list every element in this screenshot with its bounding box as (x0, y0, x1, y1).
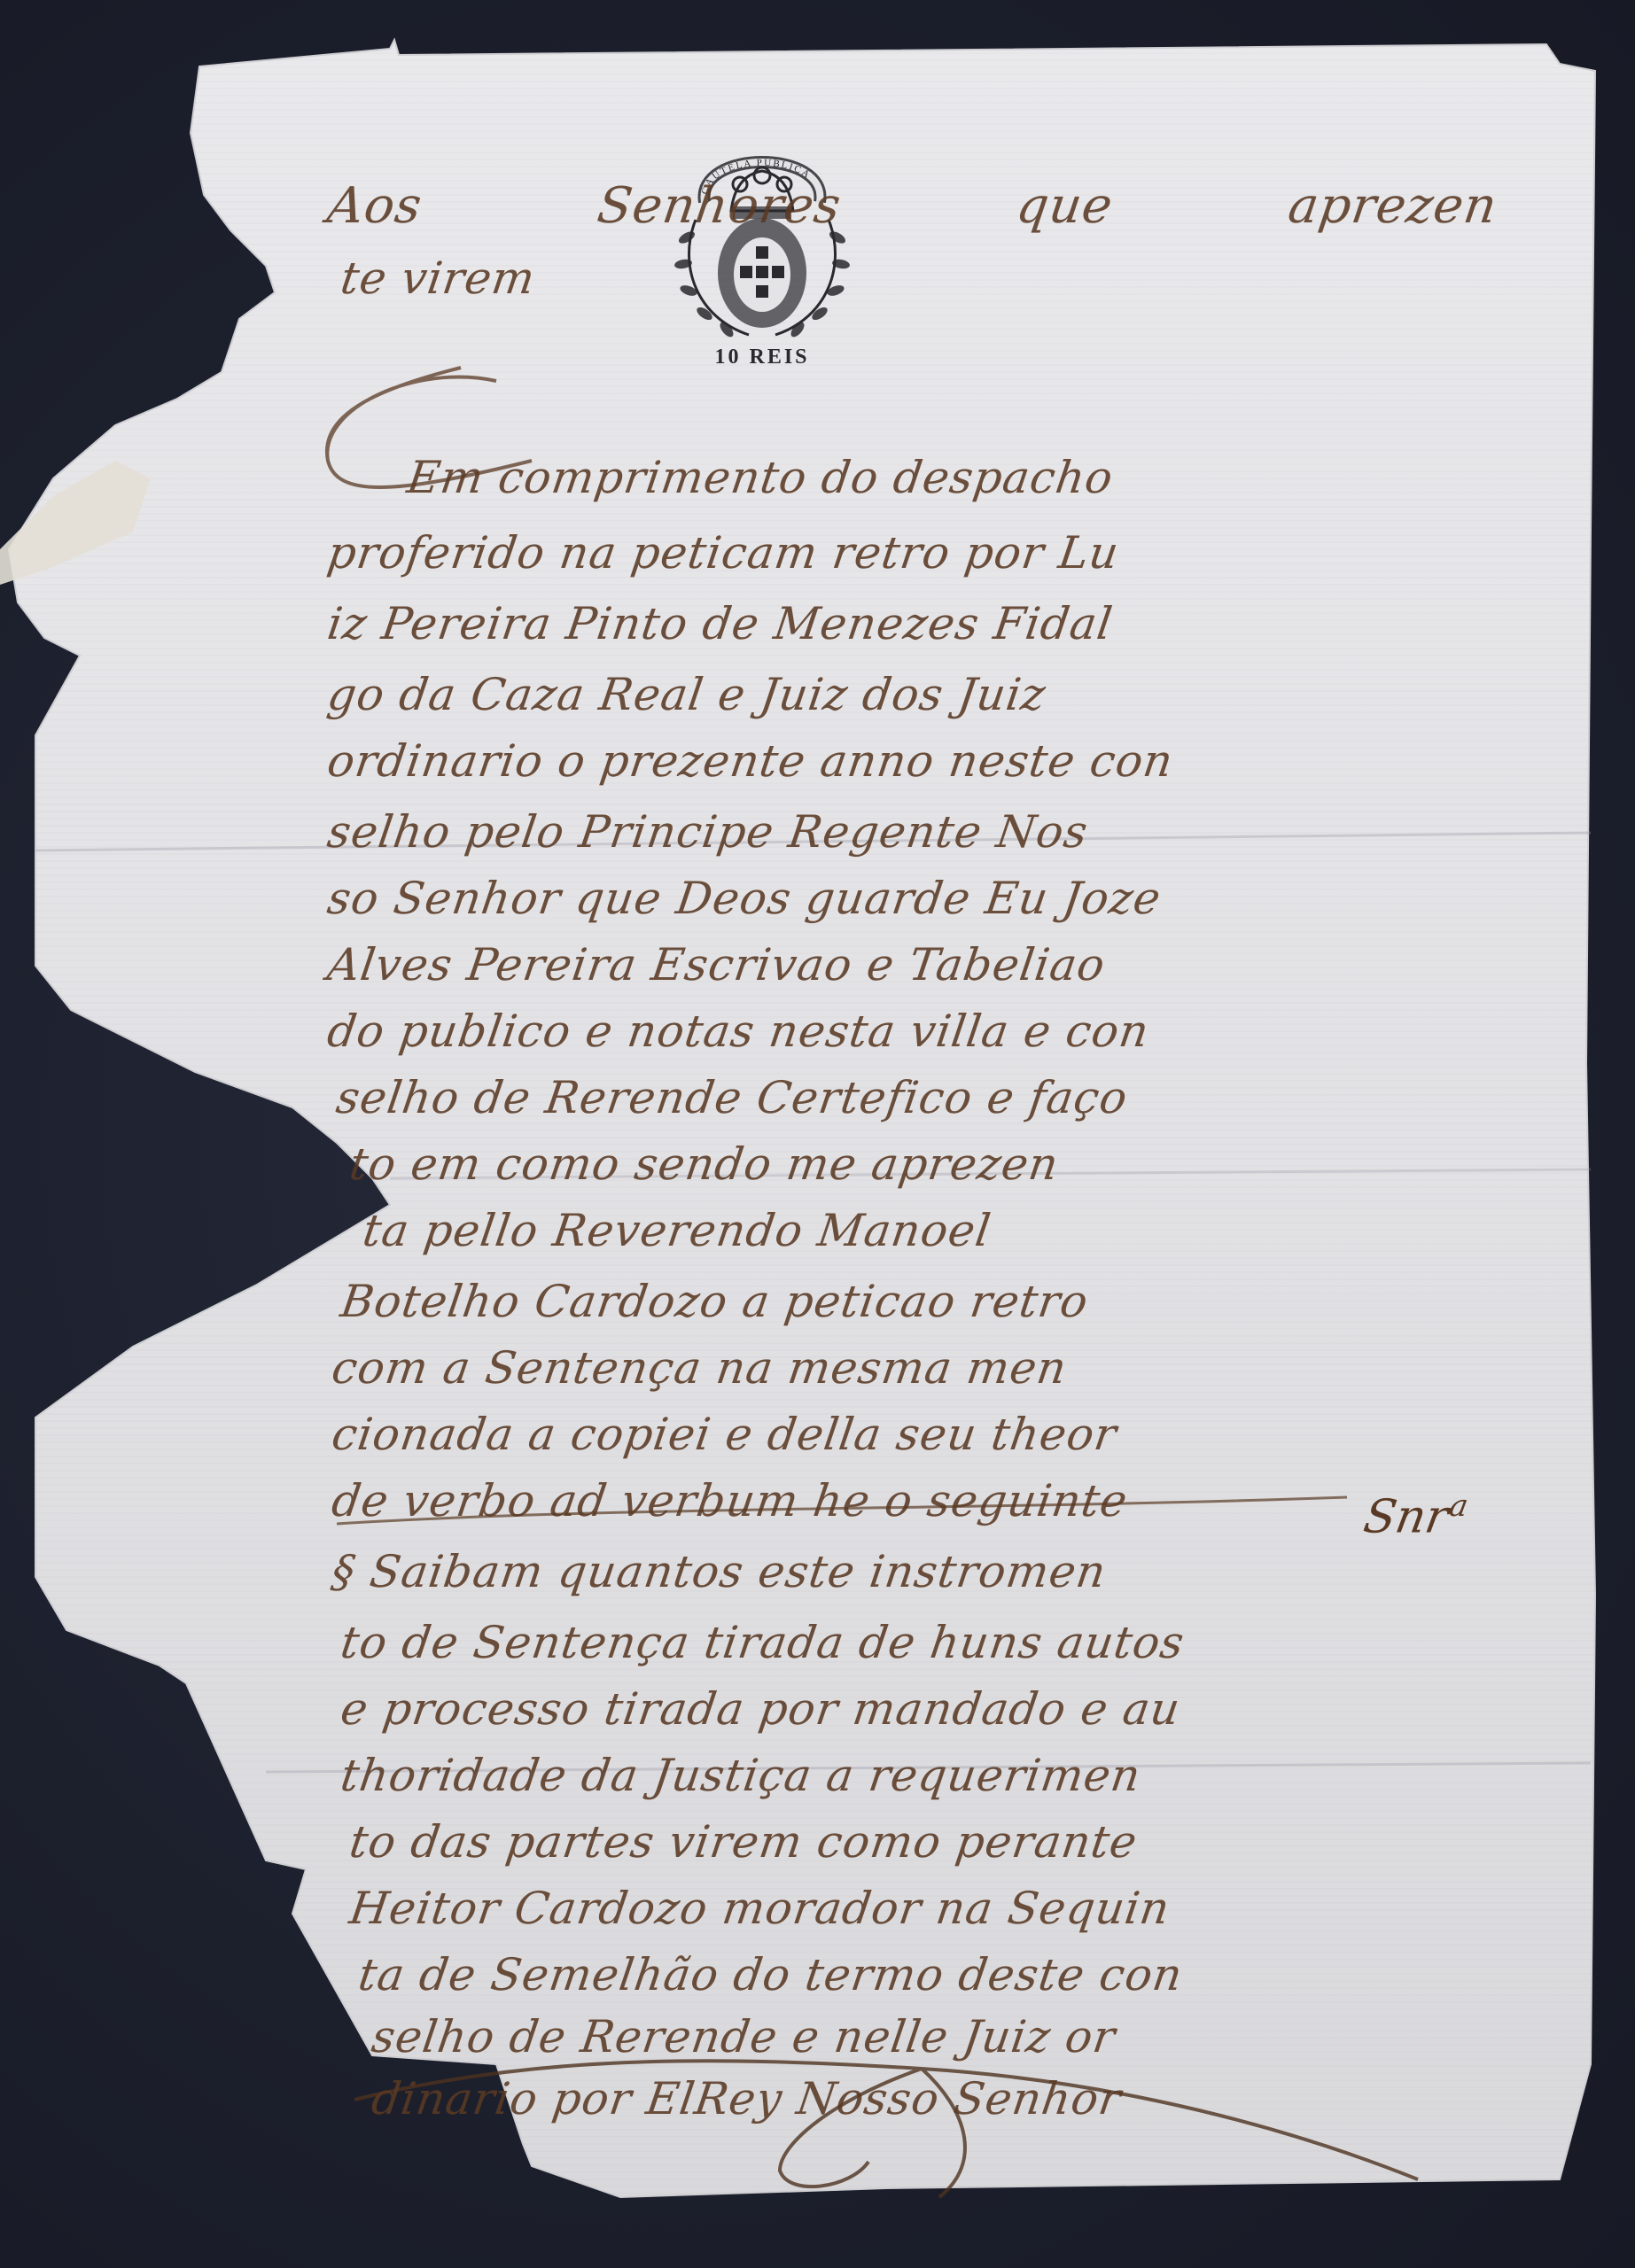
handwritten-line: selho de Rerende e nelle Juiz or (369, 2011, 1119, 2062)
handwritten-line: Em comprimento do despacho (404, 452, 1117, 503)
handwritten-line: ordinario o prezente anno neste con (324, 735, 1177, 787)
margin-annotation: Snra (1360, 1488, 1471, 1543)
handwritten-line: Heitor Cardozo morador na Sequin (346, 1883, 1173, 1934)
handwritten-line: to em como sendo me aprezen (346, 1138, 1062, 1190)
handwritten-line: selho pelo Principe Regente Nos (324, 806, 1092, 858)
handwritten-line: selho de Rerende Certefico e faço (333, 1072, 1131, 1123)
tax-stamp: CAUTELA PUBLICA 10 R (660, 113, 864, 379)
handwritten-line: Aos Senhores que aprezen (323, 177, 1500, 235)
handwritten-line: iz Pereira Pinto de Menezes Fidal (324, 598, 1116, 649)
handwritten-line: thoridade da Justiça a requerimen (338, 1750, 1144, 1801)
handwritten-line: e processo tirada por mandado e au (338, 1683, 1184, 1735)
handwritten-line: cionada a copiei e della seu theor (329, 1409, 1120, 1460)
handwritten-line: so Senhor que Deos guarde Eu Joze (324, 873, 1164, 924)
handwritten-line: Botelho Cardozo a peticao retro (338, 1276, 1092, 1327)
handwritten-line: ta pello Reverendo Manoel (360, 1205, 994, 1256)
handwritten-line: ta de Semelhão do termo deste con (355, 1949, 1186, 2000)
handwritten-line: de verbo ad verbum he o seguinte (329, 1475, 1131, 1526)
margin-annotation-text: Snr (1360, 1490, 1453, 1543)
handwritten-line: to das partes virem como perante (346, 1816, 1141, 1868)
handwritten-line: Alves Pereira Escrivao e Tabeliao (324, 939, 1109, 990)
handwritten-line: te virem (338, 252, 539, 304)
handwritten-line: go da Caza Real e Juiz dos Juiz (324, 669, 1049, 720)
handwritten-line: to de Sentença tirada de huns autos (338, 1617, 1187, 1668)
stamp-value: 10 REIS (660, 346, 864, 369)
handwritten-line: dinario por ElRey Nosso Senhor (369, 2073, 1125, 2124)
handwritten-line: com a Sentença na mesma men (329, 1342, 1071, 1394)
handwritten-line: proferido na peticam retro por Lu (324, 527, 1123, 579)
handwritten-line: § Saibam quantos este instromen (329, 1546, 1109, 1597)
handwritten-line: do publico e notas nesta villa e con (324, 1006, 1153, 1057)
